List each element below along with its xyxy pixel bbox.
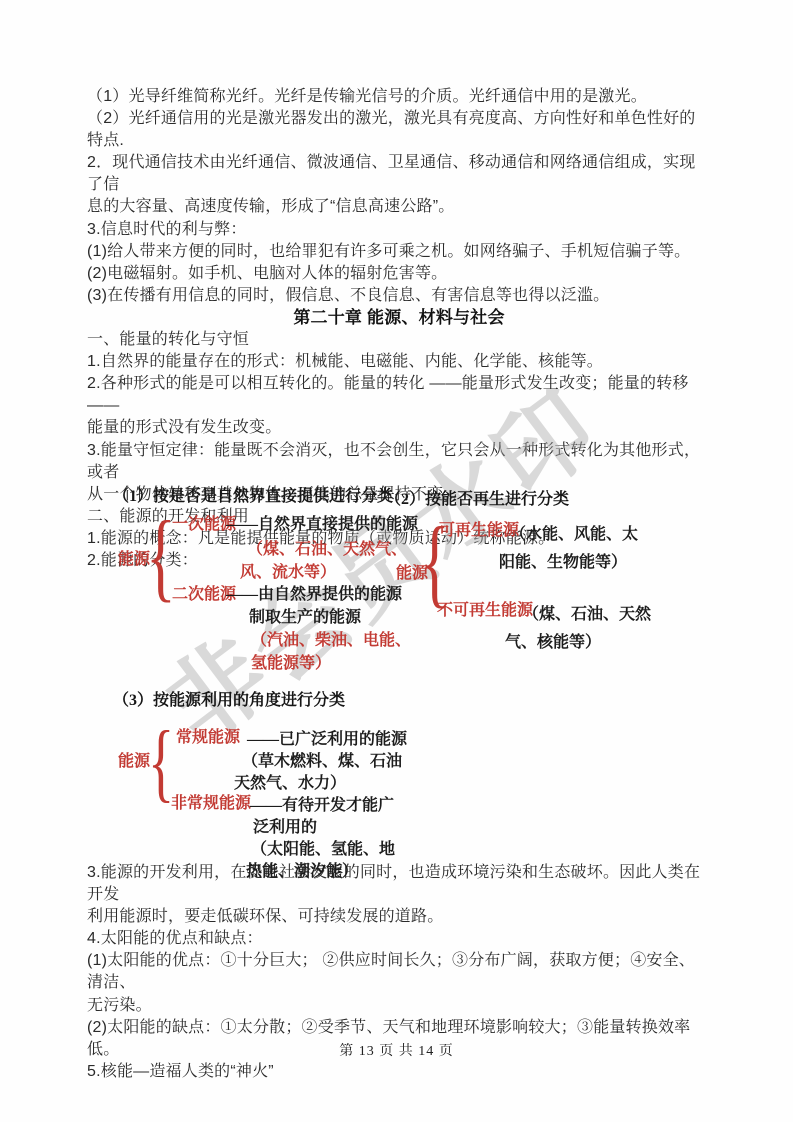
intro-line: 3.信息时代的利与弊：	[87, 219, 711, 241]
diagram3-branch2-examples: （太阳能、氢能、地	[251, 836, 395, 859]
intro-line: （2）光纤通信用的光是激光器发出的激光，激光具有亮度高、方向性好和单色性好的特点…	[87, 108, 711, 152]
body-line: 3.能量守恒定律：能量既不会消灭，也不会创生，它只会从一种形式转化为其他形式，或…	[87, 440, 711, 484]
body-line: 无污染。	[87, 995, 711, 1017]
body-line: (1)太阳能的优点：①十分巨大； ②供应时间长久；③分布广阔，获取方便；④安全、…	[87, 950, 711, 994]
diagram3-root-label: 能源	[118, 748, 150, 771]
diagram3-branch2-desc: 泛利用的	[253, 814, 317, 837]
body-line: 能量的形式没有发生改变。	[87, 417, 711, 439]
diagram1-branch2-desc: 制取生产的能源	[249, 604, 361, 627]
diagram2-heading: （2）按能否再生进行分类	[385, 486, 569, 509]
page-number-footer: 第 13 页 共 14 页	[0, 1040, 793, 1060]
intro-line: （1）光导纤维简称光纤。光纤是传输光信号的介质。光纤通信中用的是激光。	[87, 86, 711, 108]
diagram3-branch1-label: 常规能源	[176, 724, 240, 747]
diagram2-branch1-label: 可再生能源	[439, 517, 519, 540]
diagram1-branch1-examples: 风、流水等）	[240, 559, 336, 582]
intro-line: (2)电磁辐射。如手机、电脑对人体的辐射危害等。	[87, 263, 711, 285]
diagram3-branch1-examples: （草木燃料、煤、石油	[242, 748, 402, 771]
diagram1-branch1-examples: （煤、石油、天然气、	[247, 536, 407, 559]
chapter-title: 第二十章 能源、材料与社会	[87, 307, 711, 329]
section-heading: 一、能量的转化与守恒	[87, 329, 711, 351]
body-line: 利用能源时，要走低碳环保、可持续发展的道路。	[87, 906, 711, 928]
diagram2-branch2-label: 不可再生能源	[437, 597, 533, 620]
diagram1-branch1-desc: ——自然界直接提供的能源	[226, 511, 418, 534]
document-page: 非会员水印 （1）光导纤维简称光纤。光纤是传输光信号的介质。光纤通信中用的是激光…	[0, 0, 793, 1122]
intro-line: 2．现代通信技术由光纤通信、微波通信、卫星通信、移动通信和网络通信组成，实现了信	[87, 152, 711, 196]
diagram1-branch2-examples: （汽油、柴油、电能、	[251, 627, 411, 650]
body-line: 3.能源的开发利用，在促进社会发展的同时，也造成环境污染和生态破坏。因此人类在开…	[87, 862, 711, 906]
diagram3-branch2-desc: ——有待开发才能广	[250, 792, 394, 815]
diagram3-branch2-label: 非常规能源	[171, 790, 251, 813]
body-line: 5.核能—造福人类的“神火”	[87, 1061, 711, 1083]
diagram2-branch1-examples: 阳能、生物能等）	[499, 549, 627, 572]
diagram1-branch2-examples: 氢能源等）	[251, 650, 331, 673]
body-line: 2.各种形式的能是可以相互转化的。能量的转化 ——能量形式发生改变；能量的转移—…	[87, 373, 711, 417]
intro-line: (3)在传播有用信息的同时，假信息、不良信息、有害信息等也得以泛滥。	[87, 285, 711, 307]
diagram3-branch1-desc: ——已广泛利用的能源	[247, 726, 407, 749]
intro-line: 息的大容量、高速度传输，形成了“信息高速公路”。	[87, 196, 711, 218]
diagram3-heading: （3）按能源利用的角度进行分类	[113, 687, 345, 710]
diagram3-branch2-examples: 热能、潮汐能）	[246, 858, 358, 881]
diagram2-branch1-examples: （水能、风能、太	[510, 521, 638, 544]
body-line: 4.太阳能的优点和缺点：	[87, 928, 711, 950]
diagram2-branch2-examples: 气、核能等）	[505, 629, 601, 652]
intro-line: (1)给人带来方便的同时，也给罪犯有许多可乘之机。如网络骗子、手机短信骗子等。	[87, 241, 711, 263]
diagram1-branch2-desc: ——由自然界提供的能源	[226, 581, 402, 604]
body-line: 1.自然界的能量存在的形式：机械能、电磁能、内能、化学能、核能等。	[87, 351, 711, 373]
diagram2-branch2-examples: （煤、石油、天然	[523, 601, 651, 624]
